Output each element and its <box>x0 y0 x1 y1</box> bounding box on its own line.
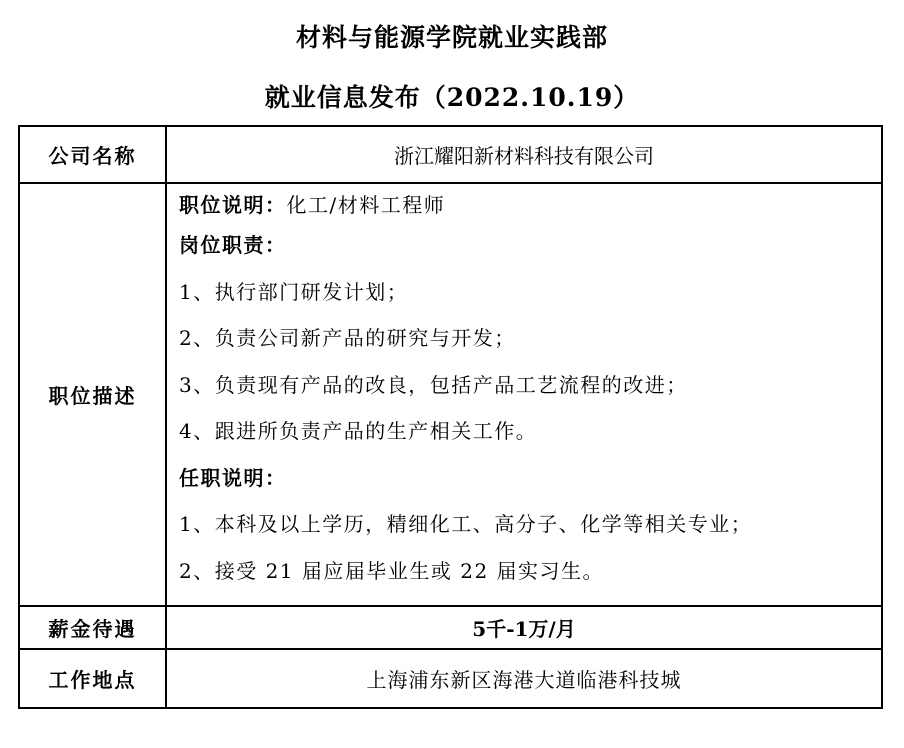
duties-heading: 岗位职责： <box>179 227 869 274</box>
duty-item: 3、负责现有产品的改良，包括产品工艺流程的改进； <box>179 367 869 414</box>
description-row: 职位描述 职位说明：化工/材料工程师 岗位职责： 1、执行部门研发计划； 2、负… <box>19 183 882 606</box>
requirement-item: 1、本科及以上学历，精细化工、高分子、化学等相关专业； <box>179 506 869 553</box>
company-row: 公司名称 浙江耀阳新材料科技有限公司 <box>19 126 882 183</box>
requirement-item: 2、接受 21 届应届毕业生或 22 届实习生。 <box>179 553 869 600</box>
description-content: 职位说明：化工/材料工程师 岗位职责： 1、执行部门研发计划； 2、负责公司新产… <box>166 183 882 606</box>
duty-item: 1、执行部门研发计划； <box>179 274 869 321</box>
salary-label: 薪金待遇 <box>19 606 166 649</box>
position-line: 职位说明：化工/材料工程师 <box>179 190 869 227</box>
job-info-table: 公司名称 浙江耀阳新材料科技有限公司 职位描述 职位说明：化工/材料工程师 岗位… <box>18 125 883 709</box>
company-label: 公司名称 <box>19 126 166 183</box>
location-value: 上海浦东新区海港大道临港科技城 <box>166 649 882 708</box>
duty-item: 4、跟进所负责产品的生产相关工作。 <box>179 413 869 460</box>
company-name: 浙江耀阳新材料科技有限公司 <box>166 126 882 183</box>
position-value: 化工/材料工程师 <box>287 193 446 217</box>
page-title: 材料与能源学院就业实践部 <box>0 18 904 54</box>
location-label: 工作地点 <box>19 649 166 708</box>
duty-item: 2、负责公司新产品的研究与开发； <box>179 320 869 367</box>
page-subtitle: 就业信息发布（2022.10.19） <box>0 78 904 114</box>
location-row: 工作地点 上海浦东新区海港大道临港科技城 <box>19 649 882 708</box>
requirements-heading: 任职说明： <box>179 460 869 507</box>
salary-row: 薪金待遇 5千-1万/月 <box>19 606 882 649</box>
position-label: 职位说明： <box>179 193 287 217</box>
description-label: 职位描述 <box>19 183 166 606</box>
salary-value: 5千-1万/月 <box>166 606 882 649</box>
